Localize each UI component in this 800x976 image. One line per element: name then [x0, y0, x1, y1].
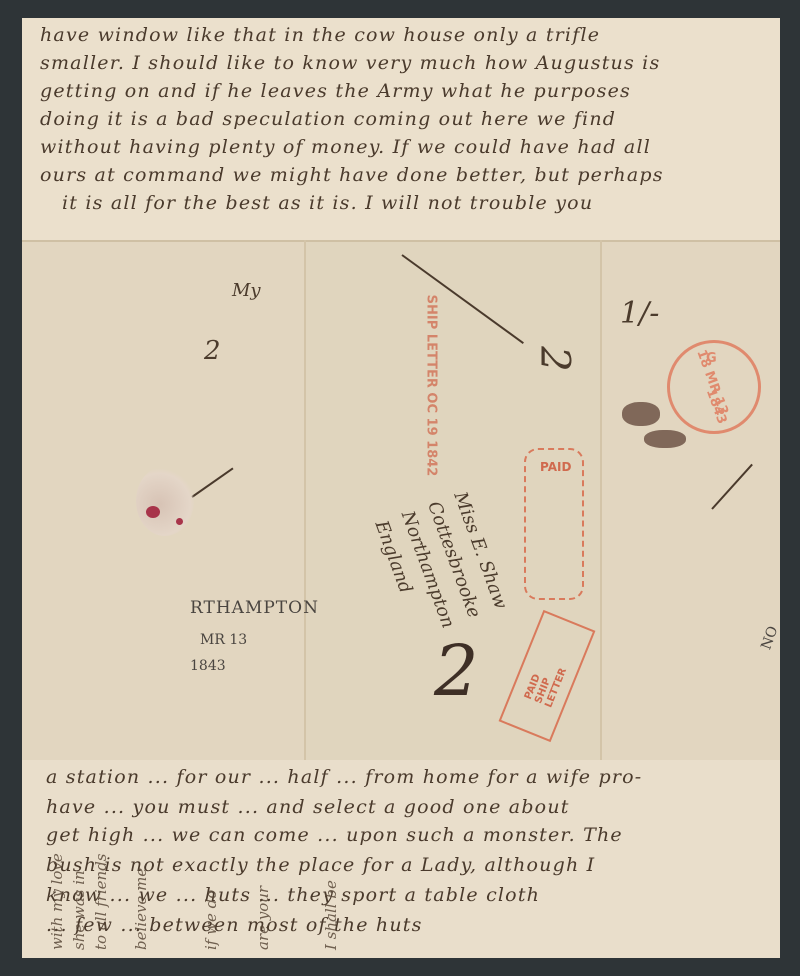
letter-line: smaller. I should like to know very much… [40, 52, 660, 74]
letter-bottom-panel: a station ... for our ... half ... from … [22, 760, 780, 958]
cross-written-text: if we do [202, 890, 220, 950]
northampton-postmark-town: RTHAMPTON [190, 598, 319, 618]
letter-line: it is all for the best as it is. I will … [62, 192, 593, 214]
cross-written-text: believe me [132, 868, 150, 950]
fold-line [22, 240, 780, 242]
letter-line: have window like that in the cow house o… [40, 24, 600, 46]
red-circular-postmark: G 18 MR 13 1843 [667, 340, 761, 434]
northampton-postmark-year: 1843 [190, 658, 226, 674]
fold-line [304, 240, 306, 760]
cross-written-text: with my love [48, 853, 66, 950]
letter-line: get high ... we can come ... upon such a… [46, 824, 623, 846]
letter-sheet: have window like that in the cow house o… [22, 18, 780, 958]
cross-written-text: she was in [70, 870, 88, 950]
wax-seal-remnant [136, 466, 194, 536]
letter-line: a station ... for our ... half ... from … [46, 766, 642, 788]
ship-letter-postmark: SHIP LETTER OC 19 1842 [423, 295, 438, 477]
letter-top-panel: have window like that in the cow house o… [22, 18, 780, 240]
fold-line [600, 240, 602, 760]
cross-written-text: to all friends [92, 854, 110, 951]
rate-mark: 2 [532, 346, 578, 371]
letter-line: without having plenty of money. If we co… [40, 136, 651, 158]
letter-line: ours at command we might have done bette… [40, 164, 664, 186]
ink-smudge [622, 402, 660, 426]
large-rate-numeral: 2 [434, 630, 479, 712]
rate-mark: 2 [204, 336, 221, 366]
ink-smudge [644, 430, 686, 448]
letter-line: getting on and if he leaves the Army wha… [40, 80, 631, 102]
rate-mark: 1/- [620, 296, 659, 331]
letter-line: have ... you must ... and select a good … [46, 796, 570, 818]
red-framed-stamp: PAID [524, 448, 584, 600]
cross-written-text: I shall be [322, 880, 340, 950]
letter-line: doing it is a bad speculation coming out… [40, 108, 616, 130]
letter-line: know ... we ... huts ... they sport a ta… [46, 884, 540, 906]
docket-mark: My [232, 280, 261, 301]
northampton-postmark-date: MR 13 [200, 632, 247, 648]
cross-written-text: are your [254, 886, 272, 950]
letter-line: bush is not exactly the place for a Lady… [46, 854, 595, 876]
